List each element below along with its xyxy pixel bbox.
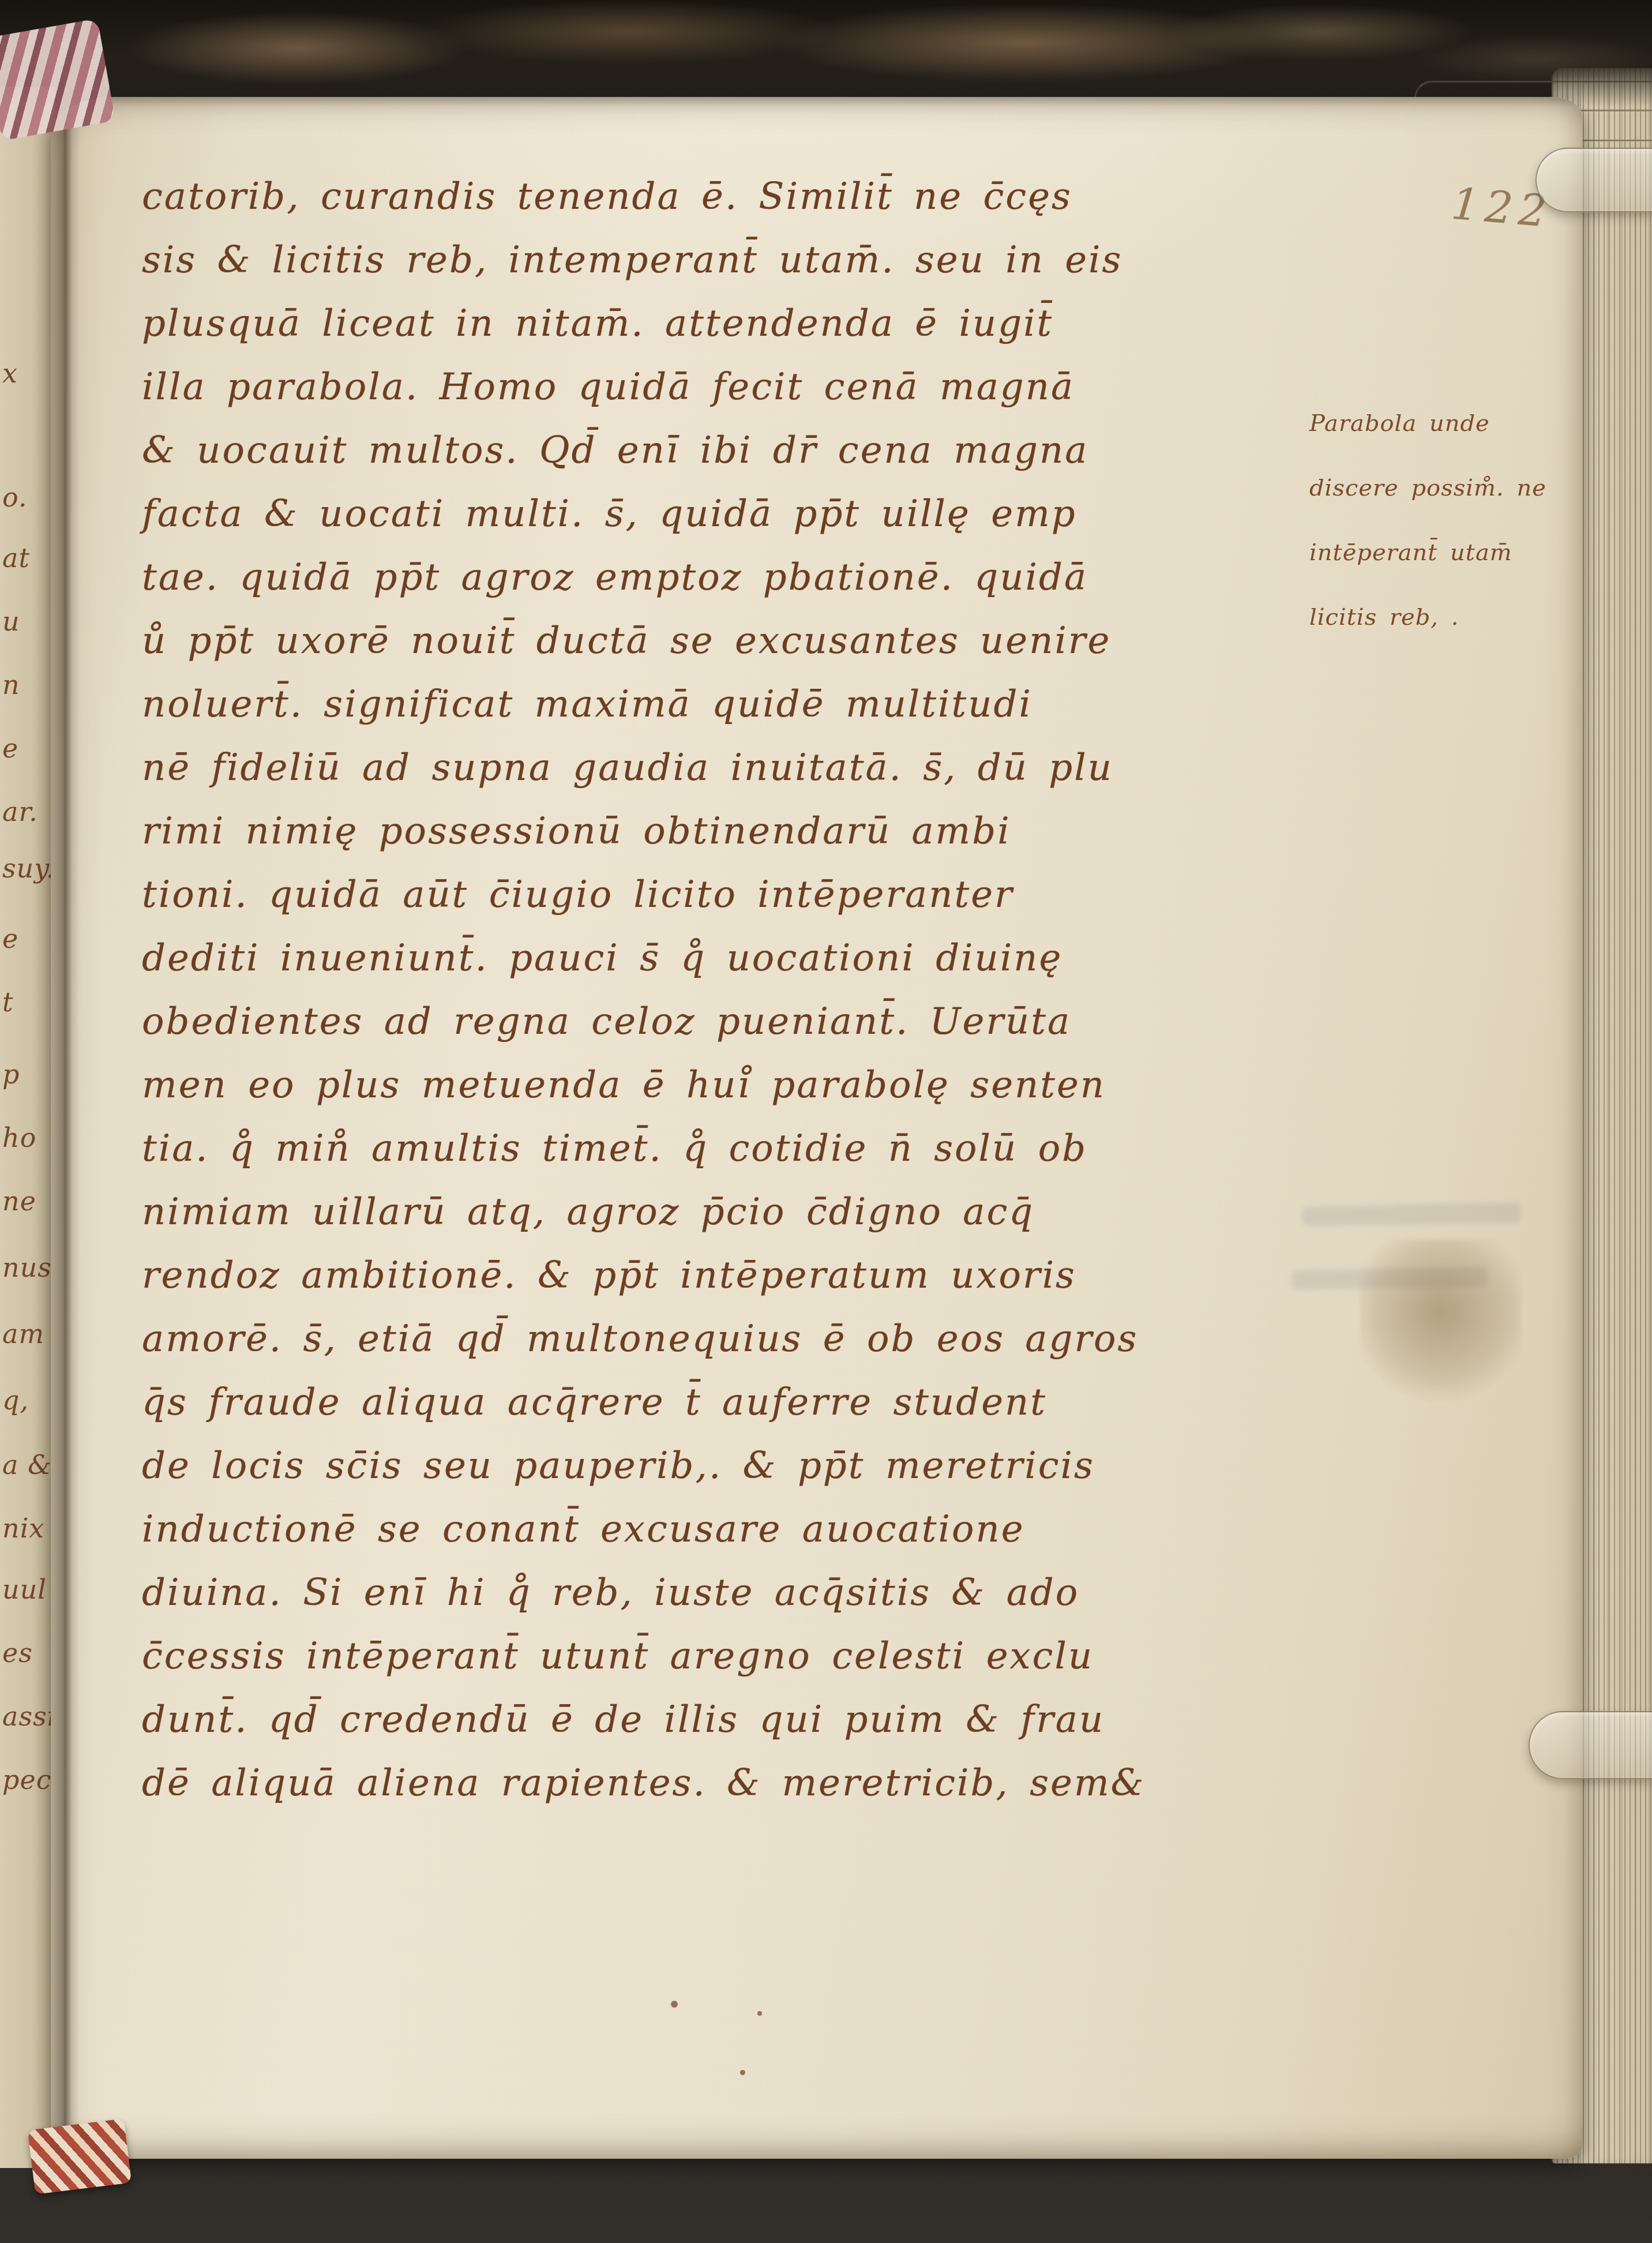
margin-gloss-line: intēperant̄ utam̄ [1309, 520, 1580, 585]
margin-gloss-line: Parabola unde [1309, 391, 1580, 456]
spine-endband-fragment [0, 18, 115, 141]
text-line: plusquā liceat in nitam̄. attendenda ē i… [142, 292, 1307, 355]
text-line: noluert̄. significat maximā quidē multit… [142, 673, 1307, 736]
text-line: obedientes ad regna celoz pueniant̄. Uer… [142, 990, 1307, 1053]
facing-page-text-fragment: x [2, 358, 18, 389]
facing-page-text-fragment: es [2, 1637, 33, 1668]
text-line: rimi nimię possessionū obtinendarū ambi [142, 800, 1307, 863]
facing-page-text-fragment: p [2, 1059, 20, 1090]
facing-page-edge: x o. at u n e ar. suy. e t p ho ne nus a… [0, 87, 55, 2168]
text-line: inductionē se conant̄ excusare auocation… [142, 1498, 1307, 1561]
text-line: dē aliquā aliena rapientes. & meretricib… [142, 1751, 1307, 1815]
facing-page-text-fragment: ho [2, 1122, 36, 1153]
text-line: tia. q̊ min̊ amultis timet̄. q̊ cotidie … [142, 1117, 1307, 1180]
text-line: nimiam uillarū atq, agroz p̄cio c̄digno … [142, 1180, 1307, 1244]
margin-gloss-line: licitis reb, . [1309, 585, 1580, 650]
text-line: & uocauit multos. Qd̄ enī ibi dr̄ cena m… [142, 419, 1307, 482]
text-line: nē fideliū ad supna gaudia inuitatā. s̄,… [142, 736, 1307, 800]
text-line: facta & uocati multi. s̄, quidā pp̄t uil… [142, 482, 1307, 546]
margin-gloss: Parabola unde discere possim̊. ne intēpe… [1309, 391, 1580, 650]
margin-gloss-line: discere possim̊. ne [1309, 456, 1580, 520]
facing-page-text-fragment: nix [2, 1513, 44, 1544]
facing-page-text-fragment: t [2, 987, 14, 1018]
manuscript-page: 122 catorib, curandis tenenda ē. Similit… [51, 97, 1583, 2159]
facing-page-text-fragment: pec [2, 1764, 51, 1795]
text-line: catorib, curandis tenenda ē. Similit̄ ne… [142, 165, 1307, 228]
text-line: q̄s fraude aliqua acq̄rere t̄ auferre st… [142, 1371, 1307, 1434]
text-line: c̄cessis intēperant̄ utunt̄ aregno celes… [142, 1625, 1307, 1688]
text-line: men eo plus metuenda ē hui̊ parabolę sen… [142, 1053, 1307, 1117]
facing-page-text-fragment: am [2, 1318, 44, 1349]
facing-page-text-fragment: q, [2, 1385, 29, 1416]
facing-page-text-fragment: ar. [2, 796, 38, 827]
facing-page-text-fragment: at [2, 542, 30, 573]
endband [28, 2118, 132, 2195]
facing-page-text-fragment: n [2, 669, 20, 700]
text-line: tioni. quidā aūt c̄iugio licito intēpera… [142, 863, 1307, 927]
text-line: diuina. Si enī hi q̊ reb, iuste acq̄siti… [142, 1561, 1307, 1625]
facing-page-text-fragment: e [2, 923, 18, 954]
ink-speck [757, 2011, 762, 2016]
facing-page-text-fragment: e [2, 733, 18, 764]
facing-page-text-fragment: nus [2, 1252, 52, 1283]
stain [1360, 1239, 1522, 1401]
text-line: amorē. s̄, etiā qd̄ multonequius ē ob eo… [142, 1307, 1307, 1371]
text-line: dediti inueniunt̄. pauci s̄ q̊ uocationi… [142, 927, 1307, 990]
facing-page-text-fragment: a & [2, 1449, 52, 1480]
text-line: de locis sc̄is seu pauperib,. & pp̄t mer… [142, 1434, 1307, 1498]
text-line: dunt̄. qd̄ credendū ē de illis qui puim … [142, 1688, 1307, 1751]
facing-page-text-fragment: suy. [2, 853, 55, 884]
text-line: illa parabola. Homo quidā fecit cenā mag… [142, 355, 1307, 419]
text-line: ů pp̄t uxorē nouit̄ ductā se excusantes … [142, 609, 1307, 673]
ink-speck [671, 2001, 678, 2008]
facing-page-text-fragment: o. [2, 482, 28, 513]
gutter-shadow [50, 87, 80, 2168]
parchment-tab-bottom [1529, 1711, 1652, 1779]
main-text-block: catorib, curandis tenenda ē. Similit̄ ne… [142, 165, 1307, 1815]
book-headcap [0, 0, 1652, 107]
text-line: rendoz ambitionē. & pp̄t intēperatum uxo… [142, 1244, 1307, 1307]
ink-speck [740, 2070, 745, 2075]
facing-page-text-fragment: ne [2, 1186, 36, 1217]
text-line: tae. quidā pp̄t agroz emptoz pbationē. q… [142, 546, 1307, 609]
manuscript-photo: x o. at u n e ar. suy. e t p ho ne nus a… [0, 0, 1652, 2243]
facing-page-text-fragment: uul [2, 1574, 47, 1605]
text-line: sis & licitis reb, intemperant̄ utam̄. s… [142, 228, 1307, 292]
facing-page-text-fragment: u [2, 606, 20, 637]
facing-page-text-fragment: assi [2, 1701, 56, 1732]
parchment-tab-top [1535, 148, 1652, 212]
